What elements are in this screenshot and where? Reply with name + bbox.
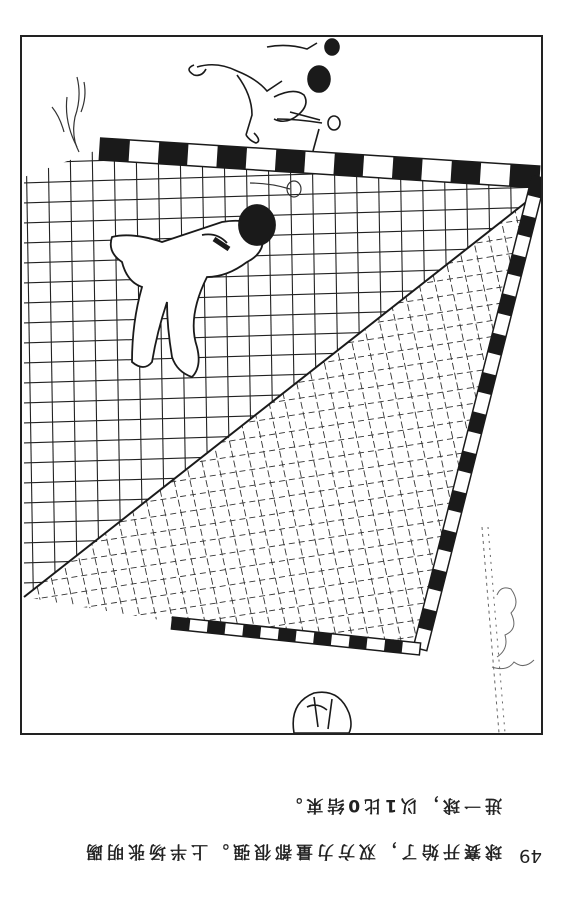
panel-illustration — [22, 37, 541, 733]
goal-crossbar — [99, 138, 539, 188]
caption-line-1: 球赛开始了，双方力量都很强。上半场张明踢 — [82, 841, 502, 866]
caption-block: 49 球赛开始了，双方力量都很强。上半场张明踢 进一球，以1比0结束。 — [20, 770, 542, 880]
football — [293, 692, 351, 733]
comic-panel — [20, 35, 543, 735]
caption-line-2: 进一球，以1比0结束。 — [281, 795, 502, 820]
goal-net-side — [22, 137, 541, 733]
cloud — [482, 527, 534, 733]
goal-net-upper — [22, 137, 541, 643]
goal-bottom-bar — [171, 617, 420, 655]
goal-post — [413, 175, 541, 650]
grass-strokes — [52, 77, 85, 152]
background-players — [189, 39, 340, 151]
kicking-player — [111, 205, 275, 377]
net-edge — [24, 192, 539, 597]
page-number: 49 — [519, 845, 542, 866]
